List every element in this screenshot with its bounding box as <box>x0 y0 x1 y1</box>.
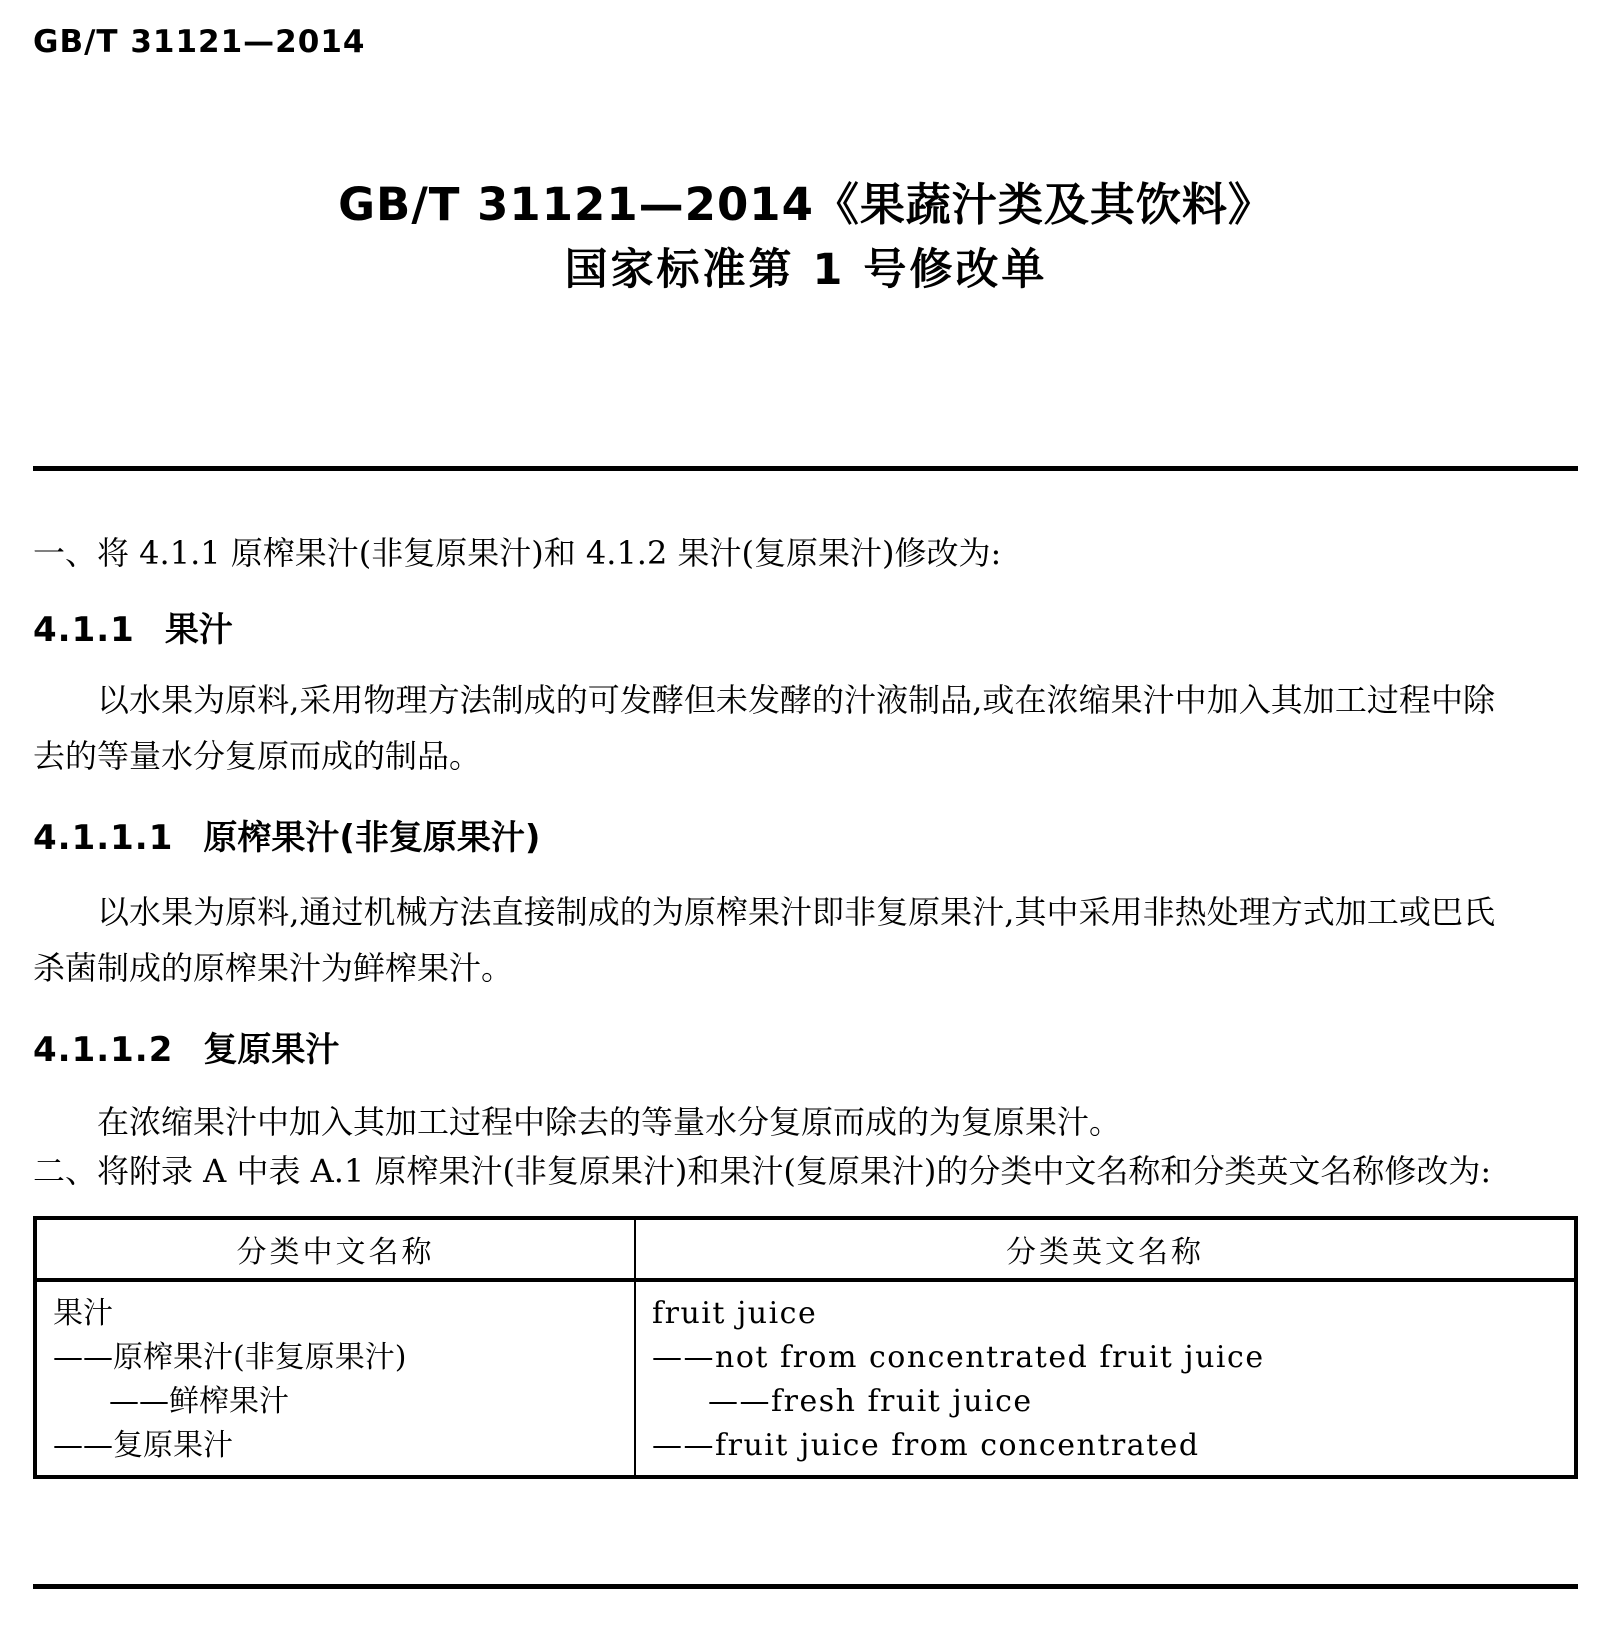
clause-title: 原榨果汁(非复原果汁) <box>203 818 540 858</box>
clause-body-4-1-1: 以水果为原料,采用物理方法制成的可发酵但未发酵的汁液制品,或在浓缩果汁中加入其加… <box>33 672 1495 784</box>
doc-title-line1: GB/T 31121—2014《果蔬汁类及其饮料》 <box>0 168 1612 233</box>
standard-amendment-page: GB/T 31121—2014 GB/T 31121—2014《果蔬汁类及其饮料… <box>0 0 1612 1625</box>
table-line-en: ——not from concentrated fruit juice <box>636 1336 1574 1380</box>
clause-number: 4.1.1 <box>33 610 135 650</box>
table-line-en: fruit juice <box>636 1292 1574 1336</box>
amendment2-lead: 二、将附录 A 中表 A.1 原榨果汁(非复原果汁)和果汁(复原果汁)的分类中文… <box>33 1144 1495 1198</box>
table-line-zh: ——鲜榨果汁 <box>37 1380 634 1424</box>
table-line-en: ——fruit juice from concentrated <box>636 1424 1574 1468</box>
clause-body-4-1-1-1: 以水果为原料,通过机械方法直接制成的为原榨果汁即非复原果汁,其中采用非热处理方式… <box>33 884 1495 996</box>
table-header-row: 分类中文名称 分类英文名称 <box>35 1218 1576 1280</box>
classification-table: 分类中文名称 分类英文名称 果汁 ——原榨果汁(非复原果汁) ——鲜榨果汁 ——… <box>33 1216 1578 1479</box>
table-cell-zh: 果汁 ——原榨果汁(非复原果汁) ——鲜榨果汁 ——复原果汁 <box>35 1280 635 1477</box>
clause-title: 复原果汁 <box>203 1030 339 1070</box>
clause-title: 果汁 <box>165 610 233 650</box>
clause-heading-4-1-1: 4.1.1果汁 <box>33 602 233 651</box>
table-cell-en: fruit juice ——not from concentrated frui… <box>635 1280 1576 1477</box>
amendment1-lead: 一、将 4.1.1 原榨果汁(非复原果汁)和 4.1.2 果汁(复原果汁)修改为… <box>33 530 1495 576</box>
table-header-en: 分类英文名称 <box>635 1218 1576 1280</box>
top-rule <box>33 466 1578 471</box>
table-row: 果汁 ——原榨果汁(非复原果汁) ——鲜榨果汁 ——复原果汁 fruit jui… <box>35 1280 1576 1477</box>
table-line-en: ——fresh fruit juice <box>636 1380 1574 1424</box>
clause-number: 4.1.1.2 <box>33 1030 173 1070</box>
table-header-zh: 分类中文名称 <box>35 1218 635 1280</box>
doc-title-line2: 国家标准第 1 号修改单 <box>0 236 1612 297</box>
doc-code: GB/T 31121—2014 <box>33 24 365 60</box>
clause-heading-4-1-1-1: 4.1.1.1原榨果汁(非复原果汁) <box>33 810 540 859</box>
table-line-zh: 果汁 <box>37 1292 634 1336</box>
clause-heading-4-1-1-2: 4.1.1.2复原果汁 <box>33 1022 339 1071</box>
table-line-zh: ——原榨果汁(非复原果汁) <box>37 1336 634 1380</box>
table-line-zh: ——复原果汁 <box>37 1424 634 1468</box>
clause-body-4-1-1-2: 在浓缩果汁中加入其加工过程中除去的等量水分复原而成的为复原果汁。 <box>33 1094 1495 1150</box>
bottom-rule <box>33 1584 1578 1589</box>
clause-number: 4.1.1.1 <box>33 818 173 858</box>
